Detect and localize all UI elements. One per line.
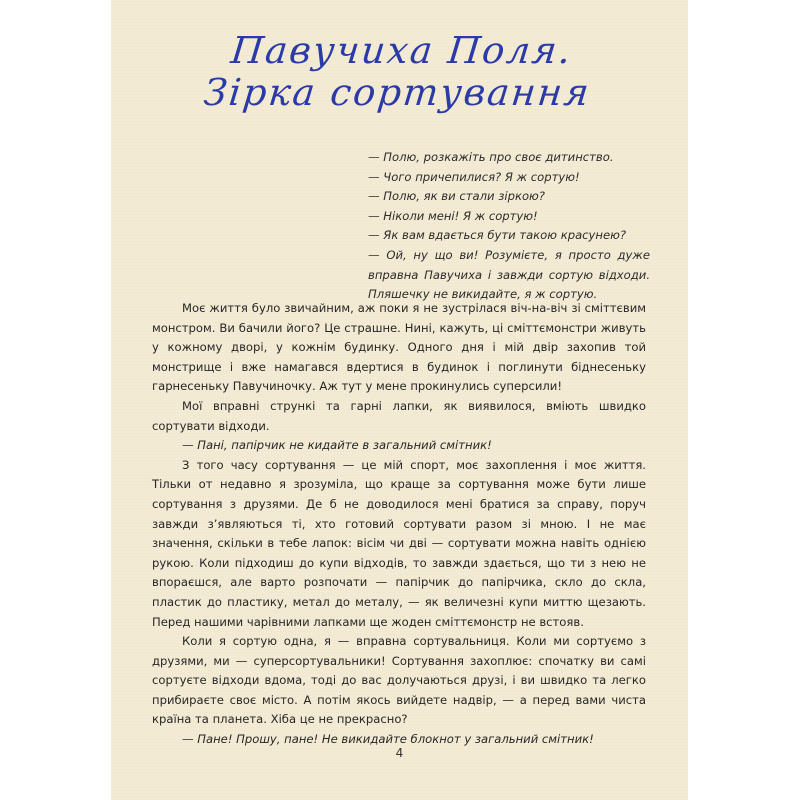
dialogue-line: — Ой, ну що ви! Розумієте, я просто дуже… [368, 246, 650, 305]
page-number: 4 [111, 746, 688, 760]
dialogue-line: — Як вам вдається бути такою красунею? [368, 226, 650, 246]
book-page: Павучиха Поля. Зірка сортування — Полю, … [111, 0, 688, 800]
paragraph: З того часу сортування — це мій спорт, м… [152, 456, 646, 632]
story-body: Моє життя було звичайним, аж поки я не з… [152, 299, 646, 750]
chapter-title-line-2: Зірка сортування [107, 72, 688, 114]
paragraph: Мої вправні стрункі та гарні лапки, як в… [152, 397, 646, 436]
dialogue-line: — Полю, як ви стали зіркою? [368, 187, 650, 207]
chapter-title-line-1: Павучиха Поля. [111, 30, 692, 72]
dialogue-line: — Ніколи мені! Я ж сортую! [368, 207, 650, 227]
interview-dialogue: — Полю, розкажіть про своє дитинство. — … [368, 148, 650, 305]
dialogue-line: — Полю, розкажіть про своє дитинство. [368, 148, 650, 168]
speech-paragraph: — Пані, папірчик не кидайте в загальний … [152, 436, 646, 456]
chapter-title: Павучиха Поля. Зірка сортування [107, 30, 693, 114]
paragraph: Моє життя було звичайним, аж поки я не з… [152, 299, 646, 397]
dialogue-line: — Чого причепилися? Я ж сортую! [368, 168, 650, 188]
paragraph: Коли я сортую одна, я — вправна сортувал… [152, 632, 646, 730]
